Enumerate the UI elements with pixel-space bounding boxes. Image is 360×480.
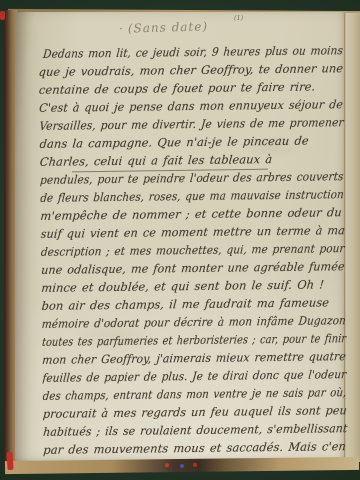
marbled-speck — [193, 463, 197, 467]
photo-backdrop: ·(Sans date) (1) Dedans mon lit, ce jeud… — [0, 0, 360, 480]
page-title: (Sans date) — [128, 19, 209, 35]
manuscript-page: ·(Sans date) (1) Dedans mon lit, ce jeud… — [15, 12, 344, 463]
footnote-marker: (1) — [234, 14, 243, 22]
red-edge-mark-top — [0, 11, 5, 20]
manuscript-line: par des mouvements mous et saccadés. Mai… — [43, 437, 349, 459]
letter-body: Dedans mon lit, ce jeudi soir, 9 heures … — [38, 41, 349, 463]
red-edge-mark-bottom — [6, 452, 13, 470]
marbled-speck — [180, 464, 184, 468]
marbled-speck — [165, 463, 169, 467]
header-dot: · — [119, 22, 124, 36]
page-header: ·(Sans date) — [119, 18, 249, 35]
